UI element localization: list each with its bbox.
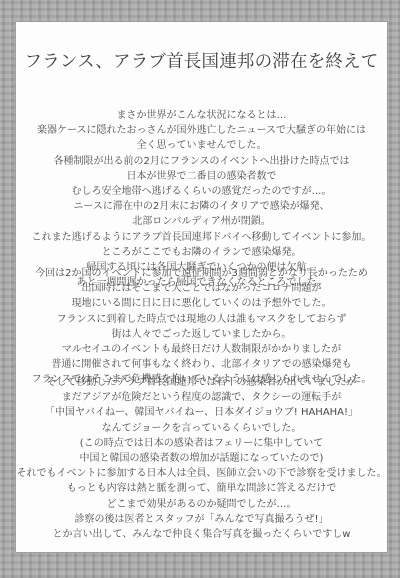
text-line: とか言い出して、みんなで仲良く集合写真を撮ったくらいですしw (16, 527, 387, 542)
text-line: そして移動したアラブ首長国連邦では若干の感染者が出ていましたが (16, 375, 387, 390)
paragraph-1: まさか世界がこんな状況になるとは… 楽器ケースに隠れたおっさんが国外逃亡したニュ… (16, 108, 387, 290)
text-line: 「中国ヤバイねー、韓国ヤバイねー、日本ダイジョウブ! HAHAHA!」 (16, 405, 387, 420)
afterword-panel: フランス、アラブ首長国連邦の滞在を終えて まさか世界がこんな状況になるとは… 楽… (16, 22, 387, 552)
text-line: まさか世界がこんな状況になるとは… (16, 108, 387, 123)
text-line: ところがここでもお隣のイランで感染爆発。 (16, 245, 387, 260)
text-line: 今回は2か国のイベントに参加で遠征期間が3週間弱とかなり長かったため (16, 266, 387, 281)
text-line: これまた逃げるようにアラブ首長国連邦ドバイへ移動してイベントに参加。 (16, 230, 387, 245)
text-line: 全く思っていませんでした。 (16, 138, 387, 153)
text-line: フランスに到着した時点では現地の人は誰もマスクをしておらず (16, 312, 387, 327)
text-line: 北部ロンバルディア州が閉鎖。 (16, 214, 387, 229)
text-line: 街は人々でごった返していましたから。 (16, 327, 387, 342)
paragraph-2: 今回は2か国のイベントに参加で遠征期間が3週間弱とかなり長かったため 出国時には… (16, 266, 387, 388)
text-line: 現地にいる間に日に日に悪化していくのは予想外でした。 (16, 296, 387, 311)
text-line: なんてジョークを言っているくらいでした。 (16, 421, 387, 436)
text-line: (この時点では日本の感染者はフェリーに集中していて (16, 436, 387, 451)
text-line: 日本が世界で二番目の感染者数で (16, 169, 387, 184)
text-line: 出国時にはそこまで大ごとではなかったコロナ問題が (16, 281, 387, 296)
text-line: マルセイユのイベントも最終日だけ人数制限がかかりましたが (16, 342, 387, 357)
text-line: それでもイベントに参加する日本人は全員、医師立会いの下で診察を受けました。 (16, 466, 387, 481)
text-line: 中国と韓国の感染者数の増加が話題になっていたので) (16, 451, 387, 466)
paragraph-3: そして移動したアラブ首長国連邦では若干の感染者が出ていましたが まだアジアが危険… (16, 375, 387, 542)
text-line: まだアジアが危険だという程度の認識で、タクシーの運転手が (16, 390, 387, 405)
text-line: 各種制限が出る前の2月にフランスのイベントへ出掛けた時点では (16, 154, 387, 169)
page-title: フランス、アラブ首長国連邦の滞在を終えて (16, 48, 387, 73)
text-line: 診察の後は医者とスタッフが「みんなで写真撮ろうぜ!」 (16, 512, 387, 527)
text-line: ニースに滞在中の2月末にお隣のイタリアで感染が爆発、 (16, 199, 387, 214)
text-line: むしろ安全地帯へ逃げるくらいの感覚だったのですが…。 (16, 184, 387, 199)
text-line: もっとも内容は熱と脈を測って、簡単な問診に答えるだけで (16, 481, 387, 496)
text-line: 普通に開催されて何事もなく終わり、北部イタリアでの感染爆発も (16, 357, 387, 372)
text-line: どこまで効果があるのか疑問でしたが…。 (16, 497, 387, 512)
text-line: 楽器ケースに隠れたおっさんが国外逃亡したニュースで大騒ぎの年始には (16, 123, 387, 138)
